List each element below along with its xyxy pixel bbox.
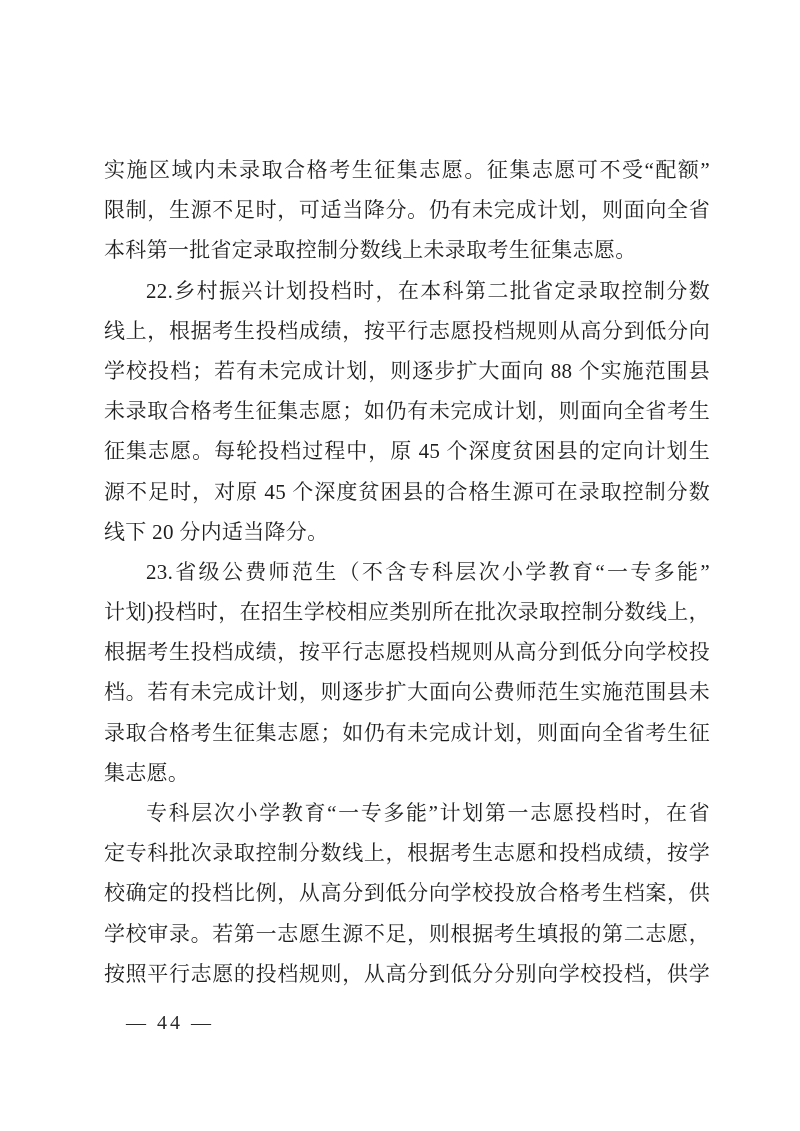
text-line: 录取合格考生征集志愿；如仍有未完成计划，则面向全省考生征 bbox=[104, 713, 710, 753]
text-line: 本科第一批省定录取控制分数线上未录取考生征集志愿。 bbox=[104, 230, 710, 270]
text-line: 校确定的投档比例，从高分到低分向学校投放合格考生档案，供 bbox=[104, 873, 710, 913]
page-number: — 44 — bbox=[126, 1010, 214, 1036]
text-line: 未录取合格考生征集志愿；如仍有未完成计划，则面向全省考生 bbox=[104, 391, 710, 431]
text-line: 限制，生源不足时，可适当降分。仍有未完成计划，则面向全省 bbox=[104, 190, 710, 230]
text-line: 专科层次小学教育“一专多能”计划第一志愿投档时，在省 bbox=[104, 793, 710, 833]
text-line: 档。若有未完成计划，则逐步扩大面向公费师范生实施范围县未 bbox=[104, 672, 710, 712]
text-line: 实施区域内未录取合格考生征集志愿。征集志愿可不受“配额” bbox=[104, 150, 710, 190]
text-line: 征集志愿。每轮投档过程中，原 45 个深度贫困县的定向计划生 bbox=[104, 431, 710, 471]
text-line: 学校投档；若有未完成计划，则逐步扩大面向 88 个实施范围县 bbox=[104, 351, 710, 391]
text-line: 定专科批次录取控制分数线上，根据考生志愿和投档成绩，按学 bbox=[104, 833, 710, 873]
text-line: 集志愿。 bbox=[104, 753, 710, 793]
document-body: 实施区域内未录取合格考生征集志愿。征集志愿可不受“配额” 限制，生源不足时，可适… bbox=[104, 150, 710, 994]
text-line: 22.乡村振兴计划投档时，在本科第二批省定录取控制分数 bbox=[104, 271, 710, 311]
text-line: 23.省级公费师范生（不含专科层次小学教育“一专多能” bbox=[104, 552, 710, 592]
text-line: 学校审录。若第一志愿生源不足，则根据考生填报的第二志愿， bbox=[104, 914, 710, 954]
text-line: 线下 20 分内适当降分。 bbox=[104, 512, 710, 552]
text-line: 源不足时，对原 45 个深度贫困县的合格生源可在录取控制分数 bbox=[104, 472, 710, 512]
text-line: 线上，根据考生投档成绩，按平行志愿投档规则从高分到低分向 bbox=[104, 311, 710, 351]
text-line: 按照平行志愿的投档规则，从高分到低分分别向学校投档，供学 bbox=[104, 954, 710, 994]
document-page: 实施区域内未录取合格考生征集志愿。征集志愿可不受“配额” 限制，生源不足时，可适… bbox=[0, 0, 800, 1131]
text-line: 计划)投档时，在招生学校相应类别所在批次录取控制分数线上， bbox=[104, 592, 710, 632]
text-line: 根据考生投档成绩，按平行志愿投档规则从高分到低分向学校投 bbox=[104, 632, 710, 672]
